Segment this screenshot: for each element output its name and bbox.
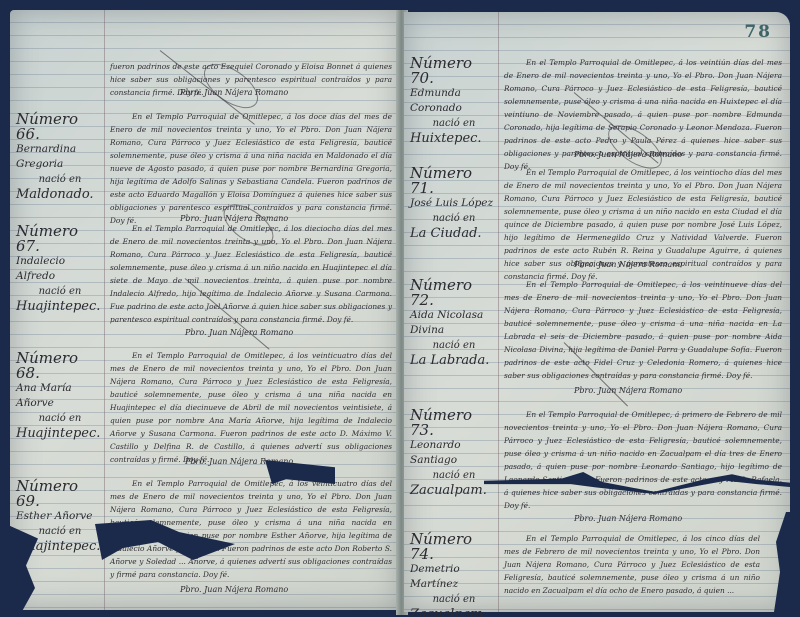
entry-number: Número 67. [16,224,104,254]
entry-name: Indalecio Alfredo [16,254,104,284]
entry-born-label: nació en [16,284,104,299]
entry-text: En el Templo Parroquial de Omitlepec, á … [504,532,760,597]
page-number: 78 [744,22,772,42]
entry-number: Número 69. [16,479,104,509]
entry-born-label: nació en [410,338,498,353]
signature: Pbro. Juan Nájera Romano [574,514,682,523]
entry-number: Número 73. [410,408,498,438]
entry-name: Ana María Añorve [16,381,104,411]
entry-number: Número 71. [410,166,498,196]
left-page: fueron padrinos de este acto Ezequiel Co… [10,10,400,610]
entry-place: La Ciudad. [410,226,498,241]
entry-born-label: nació en [410,468,498,483]
entry-margin-note: Número 71. José Luis López nació en La C… [410,166,498,241]
signature: Pbro. Juan Nájera Romano [574,260,682,269]
entry-born-label: nació en [16,411,104,426]
signature: Pbro. Juan Nájera Romano [180,585,288,594]
entry-name: José Luis López [410,196,498,211]
entry-place: Maldonado. [16,187,104,202]
entry-name: Demetrio Martínez [410,562,498,592]
entry-born-label: nació en [16,172,104,187]
entry-margin-note: Número 68. Ana María Añorve nació en Hua… [16,351,104,441]
entry-place: Zacualpam. [410,483,498,498]
entry-number: Número 74. [410,532,498,562]
entry-born-label: nació en [410,592,498,607]
margin-rule [104,10,105,610]
entry-margin-note: Número 66. Bernardina Gregoria nació en … [16,112,104,202]
right-page: 78 Número 70. Edmunda Coronado nació en … [404,12,790,612]
entry-margin-note: Número 74. Demetrio Martínez nació en Za… [410,532,498,617]
entry-margin-note: Número 73. Leonardo Santiago nació en Za… [410,408,498,498]
entry-place: Huajintepec. [16,426,104,441]
register-book: fueron padrinos de este acto Ezequiel Co… [8,10,796,615]
entry-place: Zacualpam. [410,607,498,617]
entry-margin-note: Número 72. Aida Nicolasa Divina nació en… [410,278,498,368]
paper-tear [774,512,794,612]
entry-name: Leonardo Santiago [410,438,498,468]
entry-number: Número 72. [410,278,498,308]
entry-number: Número 66. [16,112,104,142]
entry-text: En el Templo Parroquial de Omitlepec, á … [504,408,782,512]
entry-born-label: nació en [410,211,498,226]
entry-place: La Labrada. [410,353,498,368]
entry-name: Bernardina Gregoria [16,142,104,172]
signature: Pbro. Juan Nájera Romano [574,386,682,395]
paper-tear [8,525,38,615]
entry-name: Edmunda Coronado [410,86,498,116]
entry-number: Número 70. [410,56,498,86]
entry-name: Aida Nicolasa Divina [410,308,498,338]
entry-text: En el Templo Parroquial de Omitlepec, á … [110,349,392,466]
entry-place: Huajintepec. [16,299,104,314]
signature: Pbro. Juan Nájera Romano [185,328,293,337]
entry-margin-note: Número 67. Indalecio Alfredo nació en Hu… [16,224,104,314]
margin-rule [498,12,499,612]
entry-number: Número 68. [16,351,104,381]
entry-text: En el Templo Parroquial de Omitlepec, á … [504,278,782,382]
entry-place: Huixtepec. [410,131,498,146]
entry-name: Esther Añorve [16,509,104,524]
entry-margin-note: Número 70. Edmunda Coronado nació en Hui… [410,56,498,146]
entry-born-label: nació en [410,116,498,131]
